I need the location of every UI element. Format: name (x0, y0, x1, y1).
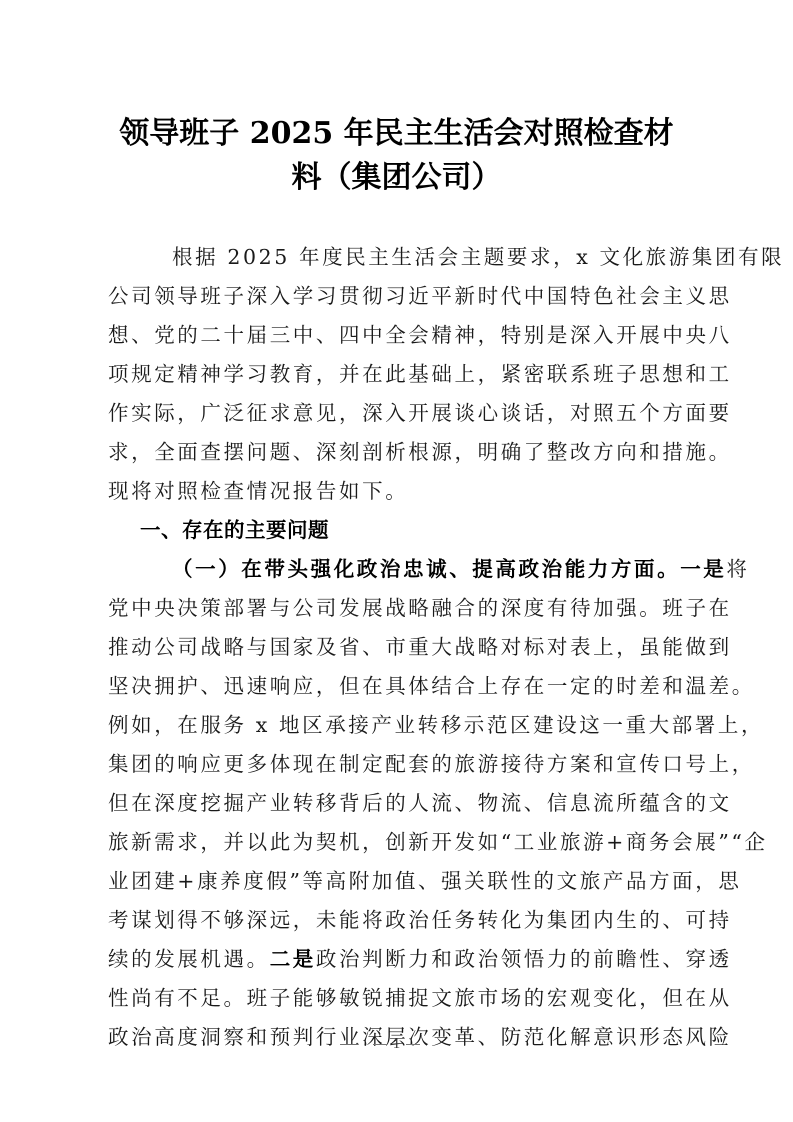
point-lead: 一是 (680, 557, 726, 581)
intro-line: 公司领导班子深入学习贯彻习近平新时代中国特色社会主义思 (108, 277, 690, 316)
intro-line: 想、党的二十届三中、四中全会精神，特别是深入开展中央八 (108, 316, 690, 355)
document-page: 领导班子 2025 年民主生活会对照检查材 料（集团公司） 根据 2025 年度… (0, 0, 793, 1122)
title-line-1: 领导班子 2025 年民主生活会对照检查材 (100, 112, 693, 156)
point-prefix: 续的发展机遇。 (108, 947, 270, 971)
point-text: 将 (726, 557, 749, 581)
point-text: 政治判断力和政治领悟力的前瞻性、穿透 (316, 947, 732, 971)
page-footer: 1 (0, 1036, 793, 1053)
body-line: 坚决拥护、迅速响应，但在具体结合上存在一定的时差和温差。 (108, 667, 690, 706)
intro-line: 项规定精神学习教育，并在此基础上，紧密联系班子思想和工 (108, 355, 690, 394)
body-line: 但在深度挖掘产业转移背后的人流、物流、信息流所蕴含的文 (108, 784, 690, 823)
intro-line: 根据 2025 年度民主生活会主题要求，x 文化旅游集团有限 (108, 238, 690, 277)
body-line: 推动公司战略与国家及省、市重大战略对标对表上，虽能做到 (108, 628, 690, 667)
title-line-2: 料（集团公司） (100, 156, 693, 200)
intro-line: 现将对照检查情况报告如下。 (108, 472, 690, 511)
intro-line: 求，全面查摆问题、深刻剖析根源，明确了整改方向和措施。 (108, 433, 690, 472)
body-line: 性尚有不足。班子能够敏锐捕捉文旅市场的宏观变化，但在从 (108, 979, 690, 1018)
body-line: 党中央决策部署与公司发展战略融合的深度有待加强。班子在 (108, 589, 690, 628)
page-number: 1 (393, 1036, 401, 1052)
dash-left-icon (373, 1044, 387, 1045)
body-line: 旅新需求，并以此为契机，创新开发如“工业旅游+商务会展”“企 (108, 823, 690, 862)
body-line: 集团的响应更多体现在制定配套的旅游接待方案和宣传口号上， (108, 745, 690, 784)
body-line: 例如，在服务 x 地区承接产业转移示范区建设这一重大部署上， (108, 706, 690, 745)
point-lead: 二是 (270, 947, 316, 971)
intro-line: 作实际，广泛征求意见，深入开展谈心谈话，对照五个方面要 (108, 394, 690, 433)
document-title: 领导班子 2025 年民主生活会对照检查材 料（集团公司） (100, 112, 693, 200)
body-line: 业团建+康养度假”等高附加值、强关联性的文旅产品方面，思 (108, 862, 690, 901)
section-heading: 一、存在的主要问题 (108, 511, 690, 550)
subsection-heading: （一）在带头强化政治忠诚、提高政治能力方面。 (172, 557, 680, 581)
document-body: 根据 2025 年度民主生活会主题要求，x 文化旅游集团有限 公司领导班子深入学… (108, 238, 690, 1057)
dash-right-icon (406, 1044, 420, 1045)
body-line-second-point: 续的发展机遇。二是政治判断力和政治领悟力的前瞻性、穿透 (108, 940, 690, 979)
subsection-first-line: （一）在带头强化政治忠诚、提高政治能力方面。一是将 (108, 550, 690, 589)
body-line: 考谋划得不够深远，未能将政治任务转化为集团内生的、可持 (108, 901, 690, 940)
